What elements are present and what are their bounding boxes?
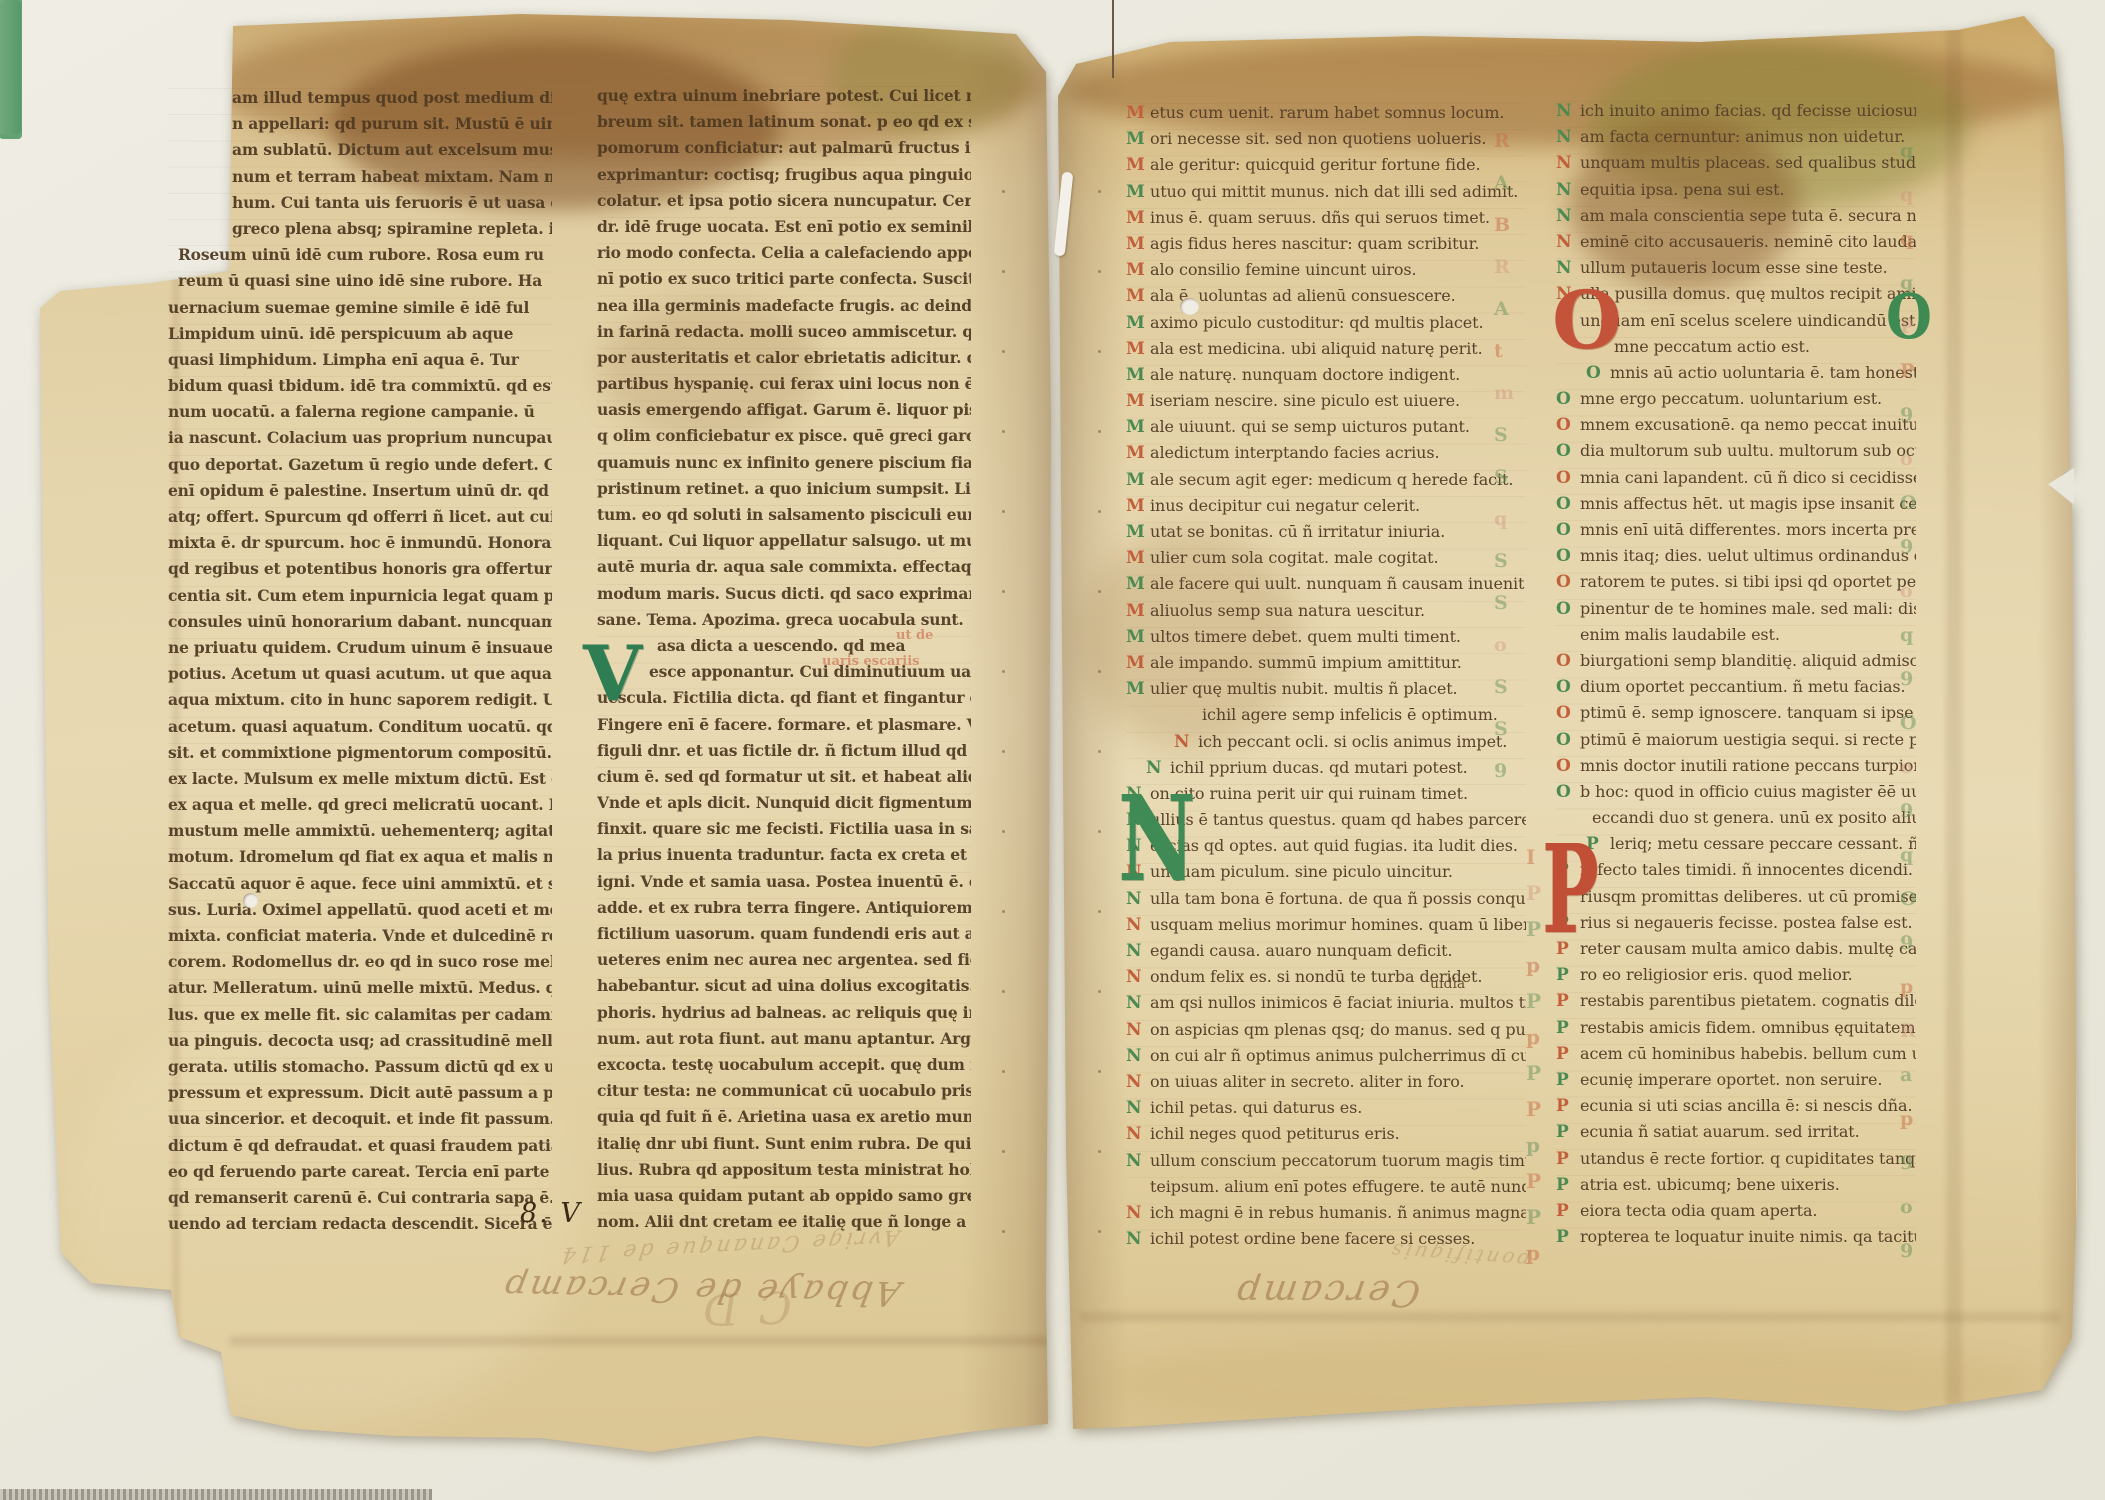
line-initial: M <box>1126 470 1150 490</box>
text-line: motum. Idromelum qd fiat ex aqua et mali… <box>168 847 552 873</box>
text-line: ueteres enim nec aurea nec argentea. sed… <box>597 950 971 976</box>
text-line: uernacium suemae gemine simile ē idē ful <box>168 298 552 324</box>
showthrough-letter: p <box>1900 976 1913 998</box>
text-line: ne priuatu quidem. Crudum uinum ē insuau… <box>168 638 552 664</box>
line-initial: M <box>1126 653 1150 673</box>
line-initial: O <box>1556 441 1580 461</box>
line-initial: O <box>1556 677 1580 697</box>
showthrough-letter: o <box>1900 580 1913 602</box>
line-initial: O <box>1556 468 1580 488</box>
showthrough-letter: o <box>1494 634 1507 656</box>
pricking-dot <box>1002 190 1005 193</box>
line-initial: N <box>1126 1072 1150 1092</box>
parchment-hole <box>1180 298 1199 315</box>
line-text: usquam melius morimur homines. quam ū li… <box>1150 915 1526 934</box>
line-initial: M <box>1126 548 1150 568</box>
showthrough-letter: S <box>1494 592 1508 614</box>
text-line: breum sit. tamen latinum sonat. p eo qd … <box>597 112 971 138</box>
showthrough-letter: o <box>1900 1196 1913 1218</box>
text-line: gerata. utilis stomacho. Passum dictū qd… <box>168 1057 552 1083</box>
text-line: mustum melle ammixtū. uehementerq; agita… <box>168 821 552 847</box>
line-text: mne ergo peccatum. uoluntarium est. <box>1580 389 1882 408</box>
line-text: mnia cani lapandent. cū ñ dico si cecidi… <box>1580 468 1916 487</box>
binding-thread <box>1112 0 1114 78</box>
text-line: ichil agere semp infelicis ē optimum. <box>1126 705 1526 731</box>
text-line: Magis fidus heres nascitur: quam scribit… <box>1126 234 1526 260</box>
text-line: Opinentur de te homines male. sed mali: … <box>1556 599 1916 625</box>
text-line: quę extra uinum inebriare potest. Cui li… <box>597 86 971 112</box>
text-line: Preter causam multa amico dabis. multę c… <box>1556 939 1916 965</box>
pricking-dot <box>1002 430 1005 433</box>
line-text: ale secum agit eger: medicum q herede fa… <box>1150 470 1513 489</box>
line-initial: N <box>1556 101 1580 121</box>
line-initial: N <box>1126 1203 1150 1223</box>
line-text: am mala conscientia sepe tuta ē. secura … <box>1580 206 1916 225</box>
text-line: Pleriq; metu cessare peccare cessant. ñ … <box>1556 834 1916 860</box>
text-line: Fingere enī ē facere. formare. et plasma… <box>597 715 971 741</box>
line-text: mne peccatum actio est. <box>1614 337 1810 356</box>
showthrough-letter: O <box>1900 492 1917 514</box>
text-line: Nichil petas. qui daturus es. <box>1126 1098 1526 1124</box>
line-text: mnis affectus hēt. ut magis ipse insanit… <box>1580 494 1916 513</box>
text-line: Negandi causa. auaro nunquam deficit. <box>1126 941 1526 967</box>
line-initial: N <box>1126 967 1150 987</box>
text-line: ua pinguis. decocta usq; ad crassitudinē… <box>168 1031 552 1057</box>
text-line: aqua mixtum. cito in hunc saporem redigi… <box>168 690 552 716</box>
line-text: equitia ipsa. pena sui est. <box>1580 180 1784 199</box>
text-line: atur. Melleratum. uinū melle mixtū. Medu… <box>168 978 552 1004</box>
line-text: on aspicias qm plenas qsq; do manus. sed… <box>1150 1020 1526 1039</box>
line-text: ullum putaueris locum esse sine teste. <box>1580 258 1888 277</box>
text-line: nea illa germinis madefacte frugis. ac d… <box>597 296 971 322</box>
pricking-dot <box>1098 1150 1101 1153</box>
text-line: exprimantur: coctisq; frugibus aqua ping… <box>597 165 971 191</box>
line-initial: P <box>1556 991 1580 1011</box>
text-line: Nusquam melius morimur homines. quam ū l… <box>1126 915 1526 941</box>
line-initial: M <box>1126 391 1150 411</box>
text-line: Multos timere debet. quem multi timent. <box>1126 627 1526 653</box>
showthrough-letter: A <box>1494 298 1509 320</box>
line-text: ptimū ē. semp ignoscere. tanquam si ipse… <box>1580 703 1916 722</box>
line-initial: O <box>1586 363 1610 383</box>
text-line: Saccatū aquor ē aque. fece uini ammixtū.… <box>168 874 552 900</box>
line-initial: P <box>1556 939 1580 959</box>
line-initial: N <box>1556 232 1580 252</box>
showthrough-letter: m <box>1494 382 1514 404</box>
text-line: pomorum conficiatur: aut palmarū fructus… <box>597 138 971 164</box>
text-line: Omnia cani lapandent. cū ñ dico si cecid… <box>1556 468 1916 494</box>
line-initial: O <box>1556 703 1580 723</box>
showthrough-letter: p <box>1526 1241 1540 1265</box>
text-line: excocta. testę uocabulum accepit. quę du… <box>597 1055 971 1081</box>
line-text: ich magni ē in rebus humanis. ñ animus m… <box>1150 1203 1526 1222</box>
line-text: leriq; metu cessare peccare cessant. ñ i… <box>1610 834 1916 853</box>
line-initial: M <box>1126 313 1150 333</box>
line-text: inus ē. quam seruus. dñs qui seruos time… <box>1150 208 1490 227</box>
text-line: pressum et expressum. Dicit autē passum … <box>168 1083 552 1109</box>
line-text: ichil potest ordine bene facere si cesse… <box>1150 1229 1475 1248</box>
line-text: aximo piculo custoditur: qd multis place… <box>1150 313 1483 332</box>
line-initial: M <box>1126 574 1150 594</box>
line-initial: P <box>1556 1149 1580 1169</box>
line-initial: O <box>1556 546 1580 566</box>
text-line: uescula. Fictilia dicta. qd fiant et fin… <box>597 688 971 714</box>
text-line: Nich peccant ocli. si oclis animus impet… <box>1126 732 1526 758</box>
text-line: Non cui alr ñ optimus animus pulcherrimu… <box>1126 1046 1526 1072</box>
text-line: rio modo confecta. Celia a calefaciendo … <box>597 243 971 269</box>
text-line: autē muria dr. aqua sale commixta. effec… <box>597 557 971 583</box>
line-initial <box>1568 808 1592 828</box>
showthrough-letter: B <box>1494 214 1510 236</box>
text-line: Male geritur: quicquid geritur fortune f… <box>1126 155 1526 181</box>
line-text: biurgationi semp blanditię. aliquid admi… <box>1580 651 1916 670</box>
line-initial: O <box>1556 782 1580 802</box>
text-line: Maximo piculo custoditur: qd multis plac… <box>1126 313 1526 339</box>
text-line: q olim conficiebatur ex pisce. quē greci… <box>597 426 971 452</box>
pricking-dot <box>1098 350 1101 353</box>
text-line: sit. et commixtione pigmentorum composit… <box>168 743 552 769</box>
line-initial: P <box>1556 1175 1580 1195</box>
line-text: on cui alr ñ optimus animus pulcherrimus… <box>1150 1046 1526 1065</box>
text-line: Nunquam enī scelus scelere uindicandū es… <box>1556 311 1916 337</box>
line-text: restabis parentibus pietatem. cognatis d… <box>1580 991 1916 1010</box>
text-line: Non aspicias qm plenas qsq; do manus. se… <box>1126 1020 1526 1046</box>
line-text: eiora tecta odia quam aperta. <box>1580 1201 1817 1220</box>
text-line: potius. Acetum ut quasi acutum. ut que a… <box>168 664 552 690</box>
pricking-dot <box>1098 430 1101 433</box>
line-initial: O <box>1556 415 1580 435</box>
line-initial: M <box>1126 208 1150 228</box>
showthrough-letter: 9 <box>1900 800 1913 822</box>
text-line: reum ū quasi sine uino idē sine rubore. … <box>168 271 552 297</box>
line-text: ichil pprium ducas. qd mutari potest. <box>1170 758 1468 777</box>
line-text: dium oportet peccantium. ñ metu facias. <box>1580 677 1906 696</box>
line-initial: M <box>1126 129 1150 149</box>
text-line: Maledictum interptando facies acrius. <box>1126 443 1526 469</box>
pricking-dot <box>1002 830 1005 833</box>
showthrough-letter: q <box>1900 184 1913 206</box>
line-text: utuo qui mittit munus. nich dat illi sed… <box>1150 182 1518 201</box>
pricking-dot <box>1098 670 1101 673</box>
text-line: mixta ē. dr spurcum. hoc ē inmundū. Hono… <box>168 533 552 559</box>
line-initial: M <box>1126 522 1150 542</box>
line-text: ich peccant ocli. si oclis animus impet. <box>1198 732 1507 751</box>
line-text: pinentur de te homines male. sed mali: d… <box>1580 599 1916 618</box>
text-line: Minus ē. quam seruus. dñs qui seruos tim… <box>1126 208 1526 234</box>
crease <box>1080 1312 2060 1322</box>
text-line: Nam mala conscientia sepe tuta ē. secura… <box>1556 206 1916 232</box>
text-line: Nam qsi nullos inimicos ē faciat iniuria… <box>1126 993 1526 1019</box>
line-text: ala est medicina. ubi aliquid naturę per… <box>1150 339 1483 358</box>
text-line: Nullum putaueris locum esse sine teste. <box>1556 258 1916 284</box>
line-text: ulla tam bona ē fortuna. de qua ñ possis… <box>1150 889 1526 908</box>
line-text: rofecto tales timidi. ñ innocentes dicen… <box>1580 860 1913 879</box>
text-line: quo deportat. Gazetum ū regio unde defer… <box>168 455 552 481</box>
text-line: ex lacte. Mulsum ex melle mixtum dictū. … <box>168 769 552 795</box>
showthrough-letter: R <box>1494 130 1510 152</box>
line-initial: O <box>1556 572 1580 592</box>
line-initial: N <box>1126 1046 1150 1066</box>
pricking-dot <box>1098 990 1101 993</box>
text-line: Roseum uinū idē cum rubore. Rosa eum ru <box>168 245 552 271</box>
showthrough-letter: P <box>1526 917 1541 941</box>
text-line: Nequitia ipsa. pena sui est. <box>1556 180 1916 206</box>
text-line: Mulier cum sola cogitat. male cogitat. <box>1126 548 1526 574</box>
line-initial: P <box>1556 1201 1580 1221</box>
pricking-dot <box>1098 270 1101 273</box>
line-initial: M <box>1126 496 1150 516</box>
text-line: Putandus ē recte fortior. q cupiditates … <box>1556 1149 1916 1175</box>
text-line: Nichil potest ordine bene facere si cess… <box>1126 1229 1526 1255</box>
text-line: habebantur. sicut ad uina dolius excogit… <box>597 976 971 1002</box>
text-line: colatur. et ipsa potio sicera nuncupatur… <box>597 191 971 217</box>
line-initial: P <box>1556 913 1580 933</box>
showthrough-letter: p <box>1526 1025 1540 1049</box>
line-text: eccandi duo st genera. unū ex posito ali… <box>1592 808 1916 827</box>
showthrough-letter: P <box>1526 1097 1541 1121</box>
showthrough-letter: a <box>1900 1064 1912 1086</box>
text-line: Nam facta cernuntur: animus non uidetur. <box>1556 127 1916 153</box>
line-text: mnis doctor inutili ratione peccans turp… <box>1580 756 1916 775</box>
text-line: Vnde et apls dicit. Nunquid dicit figmen… <box>597 793 971 819</box>
text-line: uasis emergendo affigat. Garum ē. liquor… <box>597 400 971 426</box>
text-line: Non uiuas aliter in secreto. aliter in f… <box>1126 1072 1526 1098</box>
rubric-remnant: uaris escariis <box>822 654 919 669</box>
line-text: eminē cito accusaueris. neminē cito laud… <box>1580 232 1916 251</box>
line-initial: P <box>1556 1122 1580 1142</box>
line-text: agis fidus heres nascitur: quam scribitu… <box>1150 234 1479 253</box>
text-line: Priusqm promittas deliberes. ut cū promi… <box>1556 887 1916 913</box>
line-initial: P <box>1556 860 1580 880</box>
text-line: Optimū ē maiorum uestigia sequi. si rect… <box>1556 730 1916 756</box>
text-line: Omnem excusationē. qa nemo peccat inuitu… <box>1556 415 1916 441</box>
text-line: Ob hoc: quod in officio cuius magister ē… <box>1556 782 1916 808</box>
text-line: partibus hyspanię. cui ferax uini locus … <box>597 374 971 400</box>
line-text: aledictum interptando facies acrius. <box>1150 443 1439 462</box>
showthrough-letter: 9 <box>1900 404 1913 426</box>
line-initial: P <box>1556 1070 1580 1090</box>
text-line: Pecunia si uti scias ancilla ē: si nesci… <box>1556 1096 1916 1122</box>
text-line: Metus cum uenit. rarum habet somnus locu… <box>1126 103 1526 129</box>
text-line: la prius inuenta traduntur. facta ex cre… <box>597 845 971 871</box>
pricking-dot <box>1098 1070 1101 1073</box>
line-text: reter causam multa amico dabis. multę ca… <box>1580 939 1916 958</box>
text-line: Nullius ē tantus questus. quam qd habes … <box>1126 810 1526 836</box>
line-initial: M <box>1126 627 1150 647</box>
text-line: Odium oportet peccantium. ñ metu facias. <box>1556 677 1916 703</box>
text-line: n appellari: qd purum sit. Mustū ē uinum… <box>168 114 552 140</box>
showthrough-letter: 9 <box>1900 536 1913 558</box>
showthrough-letter: 9 <box>1900 668 1913 690</box>
pricking-dot <box>1002 270 1005 273</box>
line-initial: N <box>1556 258 1580 278</box>
right-page-column-2: Nich inuito animo facias. qd fecisse uic… <box>1556 101 1916 1253</box>
line-initial: M <box>1126 182 1150 202</box>
line-initial: O <box>1556 730 1580 750</box>
text-line: acetum. quasi aquatum. Conditum uocatū. … <box>168 717 552 743</box>
pricking-dot <box>1002 910 1005 913</box>
showthrough-letter: I <box>1526 845 1535 869</box>
line-initial: N <box>1126 1229 1150 1249</box>
text-line: enī opidum ē palestine. Insertum uinū dr… <box>168 481 552 507</box>
line-text: ultos timere debet. quem multi timent. <box>1150 627 1461 646</box>
text-line: Nondum felix es. si nondū te turba derid… <box>1126 967 1526 993</box>
showthrough-letter: 9 <box>1900 932 1913 954</box>
line-initial <box>1126 1177 1150 1197</box>
showthrough-letter: q <box>1900 624 1913 646</box>
showthrough-letter: P <box>1900 360 1914 382</box>
text-line: Nich inuito animo facias. qd fecisse uic… <box>1556 101 1916 127</box>
line-text: ale naturę. nunquam doctore indigent. <box>1150 365 1460 384</box>
line-text: am qsi nullos inimicos ē faciat iniuria.… <box>1150 993 1526 1012</box>
line-text: acem cū hominibus habebis. bellum cum ui… <box>1580 1044 1916 1063</box>
text-line: Profecto tales timidi. ñ innocentes dice… <box>1556 860 1916 886</box>
text-line: Nullum conscium peccatorum tuorum magis … <box>1126 1151 1526 1177</box>
fold-shading <box>1058 40 1128 1430</box>
text-line: eo qd feruendo parte careat. Tercia enī … <box>168 1162 552 1188</box>
showthrough-letter: q <box>1900 140 1913 162</box>
text-line: liquant. Cui liquor appellatur salsugo. … <box>597 531 971 557</box>
text-line: Nulla tam bona ē fortuna. de qua ñ possi… <box>1126 889 1526 915</box>
showthrough-letter: q <box>1900 844 1913 866</box>
text-line: quasi limphidum. Limpha enī aqua ē. Tur <box>168 350 552 376</box>
pricking-dot <box>1098 510 1101 513</box>
pricking-dot <box>1098 910 1101 913</box>
line-text: mnis itaq; dies. uelut ultimus ordinandu… <box>1580 546 1916 565</box>
text-line: Omnis affectus hēt. ut magis ipse insani… <box>1556 494 1916 520</box>
line-initial: M <box>1126 417 1150 437</box>
text-line: fictilium uasorum. quam fundendi eris au… <box>597 924 971 950</box>
line-initial <box>1590 337 1614 357</box>
text-line: Mutuo qui mittit munus. nich dat illi se… <box>1126 182 1526 208</box>
line-initial: M <box>1126 260 1150 280</box>
text-line: Nulla pusilla domus. quę multos recipit … <box>1556 284 1916 310</box>
line-initial: N <box>1126 1020 1150 1040</box>
line-initial: N <box>1174 732 1198 752</box>
text-line: Pecunia ñ satiat auarum. sed irritat. <box>1556 1122 1916 1148</box>
text-line: Optimū ē. semp ignoscere. tanquam si ips… <box>1556 703 1916 729</box>
manuscript-photo: am illud tempus quod post medium diem ēn… <box>0 0 2105 1500</box>
line-text: teipsum. alium enī potes effugere. te au… <box>1150 1177 1526 1196</box>
showthrough-letter: S <box>1494 466 1508 488</box>
text-line: Omne ergo peccatum. uoluntarium est. <box>1556 389 1916 415</box>
line-initial: N <box>1556 311 1580 331</box>
text-line: Prestabis parentibus pietatem. cognatis … <box>1556 991 1916 1017</box>
text-line: phoris. hydrius ad balneas. ac reliquis … <box>597 1003 971 1029</box>
text-line: Nich magni ē in rebus humanis. ñ animus … <box>1126 1203 1526 1229</box>
text-line: Male secum agit eger: medicum q herede f… <box>1126 470 1526 496</box>
showthrough-letter: q <box>1900 272 1913 294</box>
line-initial: N <box>1146 758 1170 778</box>
line-initial: N <box>1556 180 1580 200</box>
text-line: greco plena absq; spiramine repleta. ili… <box>168 219 552 245</box>
text-line: Miseriam nescire. sine piculo est uiuere… <box>1126 391 1526 417</box>
line-initial: N <box>1126 836 1150 856</box>
showthrough-letter: P <box>1526 1205 1541 1229</box>
showthrough-letter: p <box>1526 1133 1540 1157</box>
text-line: ia nascunt. Colacium uas proprium nuncup… <box>168 428 552 454</box>
line-text: ullius ē tantus questus. quam qd habes p… <box>1150 810 1526 829</box>
text-line: Neminē cito accusaueris. neminē cito lau… <box>1556 232 1916 258</box>
text-line: lus. que ex melle fit. sic calamitas per… <box>168 1005 552 1031</box>
text-line: Prestabis amicis fidem. omnibus ęquitate… <box>1556 1018 1916 1044</box>
line-text: inus decipitur cui negatur celerit. <box>1150 496 1420 515</box>
text-line: Omnis enī uitā differentes. mors incerta… <box>1556 520 1916 546</box>
text-line: pristinum retinet. a quo inicium sumpsit… <box>597 479 971 505</box>
text-line: Peiora tecta odia quam aperta. <box>1556 1201 1916 1227</box>
text-line: am sublatū. Dictum aut excelsum mustū. q… <box>168 140 552 166</box>
text-line: Male naturę. nunquam doctore indigent. <box>1126 365 1526 391</box>
line-initial: M <box>1126 103 1150 123</box>
line-initial: N <box>1126 810 1150 830</box>
line-initial: O <box>1556 599 1580 619</box>
text-line: nī potio ex suco tritici parte confecta.… <box>597 269 971 295</box>
showthrough-letter: 9 <box>1900 1152 1913 1174</box>
line-text: ecunię imperare oportet. non seruire. <box>1580 1070 1882 1089</box>
showthrough-letter: p <box>1526 953 1540 977</box>
line-initial: O <box>1556 389 1580 409</box>
line-text: ulier quę multis nubit. multis ñ placet. <box>1150 679 1458 698</box>
text-line: uendo ad terciam redacta descendit. Sice… <box>168 1214 552 1240</box>
line-text: aliuolus semp sua natura uescitur. <box>1150 601 1425 620</box>
pricking-dot <box>1002 1070 1005 1073</box>
showthrough-letter: P <box>1526 1061 1541 1085</box>
text-line: Male uiuunt. qui se semp uicturos putant… <box>1126 417 1526 443</box>
text-line: nom. Alii dnt cretam ee italię que ñ lon… <box>597 1212 971 1238</box>
text-line: Odia multorum sub uultu. multorum sub oc… <box>1556 441 1916 467</box>
text-line: cium ē. sed qd formatur ut sit. et habea… <box>597 767 971 793</box>
line-text: ich inuito animo facias. qd fecisse uici… <box>1580 101 1916 120</box>
crease <box>1946 25 1962 1405</box>
line-initial: M <box>1126 365 1150 385</box>
line-text: ichil agere semp infelicis ē optimum. <box>1202 705 1498 724</box>
initial-I-green <box>0 0 21 134</box>
line-initial: N <box>1556 153 1580 173</box>
text-line: quamuis nunc ex infinito genere piscium … <box>597 453 971 479</box>
showthrough-letter: 9 <box>1494 760 1507 782</box>
text-line: Nunquam piculum. sine piculo uincitur. <box>1126 862 1526 888</box>
line-text: mnem excusationē. qa nemo peccat inuitus… <box>1580 415 1916 434</box>
text-line: igni. Vnde et samia uasa. Postea inuentū… <box>597 872 971 898</box>
text-line: num. aut rota fiunt. aut manu aptantur. … <box>597 1029 971 1055</box>
line-initial: M <box>1126 286 1150 306</box>
line-text: etus cum uenit. rarum habet somnus locum… <box>1150 103 1504 122</box>
line-text: ulier cum sola cogitat. male cogitat. <box>1150 548 1439 567</box>
text-line: am illud tempus quod post medium diem ē <box>168 88 552 114</box>
showthrough-letter: O <box>1900 888 1917 910</box>
showthrough-letter: S <box>1494 676 1508 698</box>
showthrough-letter: q <box>1900 228 1913 250</box>
text-line: tum. eo qd soluti in salsamento piscicul… <box>597 505 971 531</box>
text-line: citur testa: ne communicat cū uocabulo p… <box>597 1081 971 1107</box>
line-initial: M <box>1126 155 1150 175</box>
line-text: unquam enī scelus scelere uindicandū est… <box>1580 311 1916 330</box>
line-initial: N <box>1126 889 1150 909</box>
line-text: ale facere qui uult. nunquam ñ causam in… <box>1150 574 1526 593</box>
text-line: eccandi duo st genera. unū ex posito ali… <box>1556 808 1916 834</box>
margin-note: uidia <box>1430 976 1465 992</box>
ink-shelfmark: 8. V <box>520 1198 582 1229</box>
line-initial: P <box>1556 887 1580 907</box>
pricking-dot <box>1002 1230 1005 1233</box>
line-text: atria est. ubicumq; bene uixeris. <box>1580 1175 1840 1194</box>
text-line: mixta. conficiat materia. Vnde et dulced… <box>168 926 552 952</box>
stain <box>1100 1330 2050 1430</box>
line-initial: P <box>1556 1018 1580 1038</box>
text-line: Pro eo religiosior eris. quod melior. <box>1556 965 1916 991</box>
text-line: in farinā redacta. molli suceo ammiscetu… <box>597 322 971 348</box>
showthrough-letter: p <box>1900 1108 1913 1130</box>
